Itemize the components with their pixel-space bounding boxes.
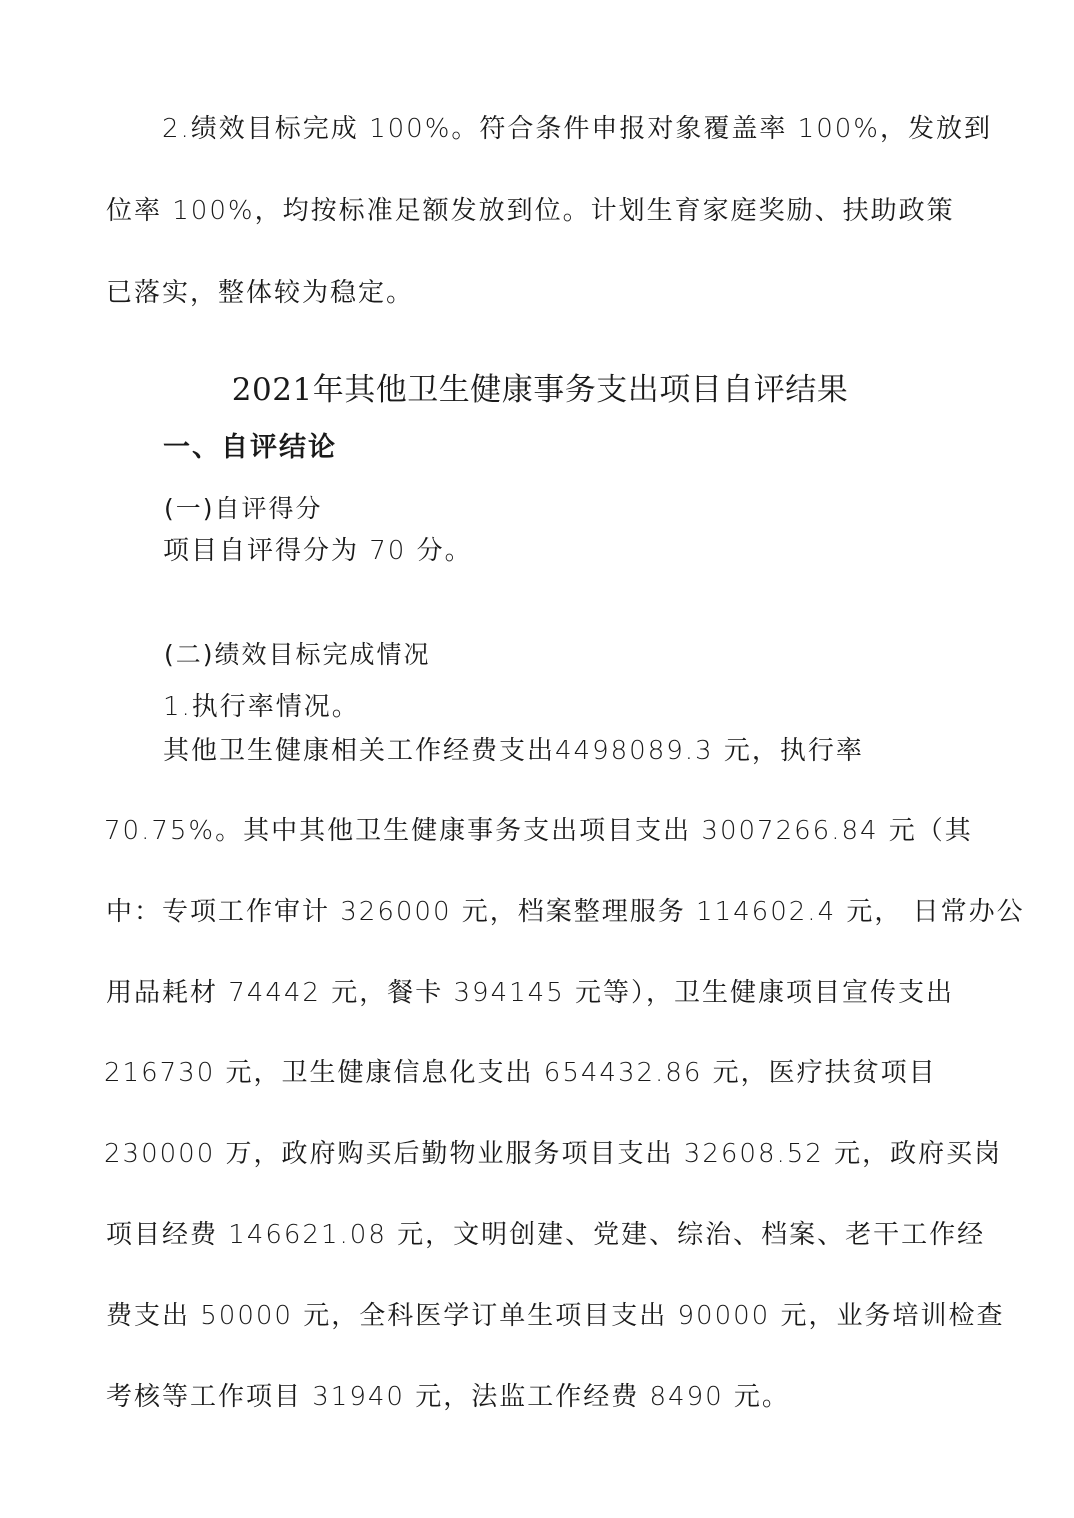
score-text: 项目自评得分为 70 分。 [163,534,473,568]
paragraph-line: 已落实，整体较为稳定。 [106,276,414,310]
item-heading: 1.执行率情况。 [163,690,360,724]
paragraph-line: 位率 100%，均按标准足额发放到位。计划生育家庭奖励、扶助政策 [106,194,955,228]
paragraph-line: 费支出 50000 元，全科医学订单生项目支出 90000 元，业务培训检查 [106,1299,1004,1333]
paragraph-line: 项目经费 146621.08 元，文明创建、党建、综治、档案、老干工作经 [106,1218,985,1252]
document-page: 2.绩效目标完成 100%。符合条件申报对象覆盖率 100%，发放到 位率 10… [0,0,1074,1518]
subsection-heading: (一)自评得分 [164,492,323,526]
section-heading: 一、自评结论 [163,430,337,466]
paragraph-line: 70.75%。其中其他卫生健康事务支出项目支出 3007266.84 元（其 [104,814,973,848]
paragraph-line: 230000 万，政府购买后勤物业服务项目支出 32608.52 元，政府买岗 [104,1137,1002,1171]
paragraph-line: 考核等工作项目 31940 元，法监工作经费 8490 元。 [106,1380,790,1414]
subsection-heading: (二)绩效目标完成情况 [164,638,431,672]
paragraph-line: 其他卫生健康相关工作经费支出4498089.3 元，执行率 [163,734,864,768]
paragraph-line: 用品耗材 74442 元，餐卡 394145 元等），卫生健康项目宣传支出 [106,976,954,1010]
paragraph-line: 216730 元，卫生健康信息化支出 654432.86 元，医疗扶贫项目 [104,1056,937,1090]
document-title: 2021年其他卫生健康事务支出项目自评结果 [0,370,1074,410]
paragraph-line: 2.绩效目标完成 100%。符合条件申报对象覆盖率 100%，发放到 [162,112,992,146]
paragraph-line: 中：专项工作审计 326000 元，档案整理服务 114602.4 元， 日常办… [106,895,1025,929]
